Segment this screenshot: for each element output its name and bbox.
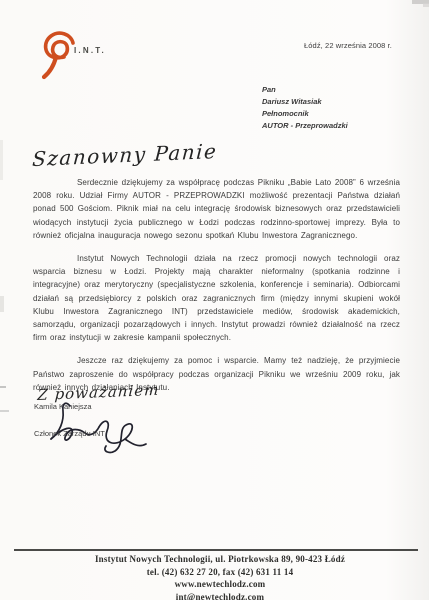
recipient-line-name: Dariusz Witasiak — [262, 96, 348, 108]
footer-address-line: Instytut Nowych Technologii, ul. Piotrko… — [18, 553, 422, 566]
footer-website-line: www.newtechlodz.com — [18, 578, 422, 591]
footer-email-line: int@newtechlodz.com — [18, 591, 422, 600]
signature-scribble-icon — [42, 400, 152, 454]
recipient-line-company: AUTOR - Przeprowadzki — [262, 120, 348, 132]
recipient-block: Pan Dariusz Witasiak Pełnomocnik AUTOR -… — [262, 84, 348, 132]
footer-divider — [14, 549, 418, 551]
paragraph-2: Instytut Nowych Technologii działa na rz… — [33, 252, 400, 344]
scan-artifact — [0, 386, 6, 388]
int-logo-e-icon — [40, 29, 78, 81]
handwritten-salutation: Szanowny Panie — [32, 139, 219, 171]
recipient-line-salutation: Pan — [262, 84, 348, 96]
scanned-letter-page: I.N.T. Łódź, 22 września 2008 r. Pan Dar… — [0, 0, 429, 600]
footer-phone-line: tel. (42) 632 27 20, fax (42) 631 11 14 — [18, 566, 422, 579]
scan-artifact — [412, 0, 429, 4]
scan-artifact — [0, 410, 9, 412]
footer-block: Instytut Nowych Technologii, ul. Piotrko… — [18, 553, 422, 600]
paragraph-1: Serdecznie dziękujemy za współpracę podc… — [33, 176, 400, 242]
scan-artifact — [423, 3, 429, 7]
signer-title: Członek Zarządu INT — [34, 429, 105, 438]
scan-artifact — [0, 296, 4, 312]
int-logo-label: I.N.T. — [74, 46, 106, 55]
date-line: Łódź, 22 września 2008 r. — [250, 41, 392, 50]
recipient-line-role: Pełnomocnik — [262, 108, 348, 120]
letter-body: Serdecznie dziękujemy za współpracę podc… — [33, 176, 400, 404]
scan-artifact — [0, 140, 3, 180]
